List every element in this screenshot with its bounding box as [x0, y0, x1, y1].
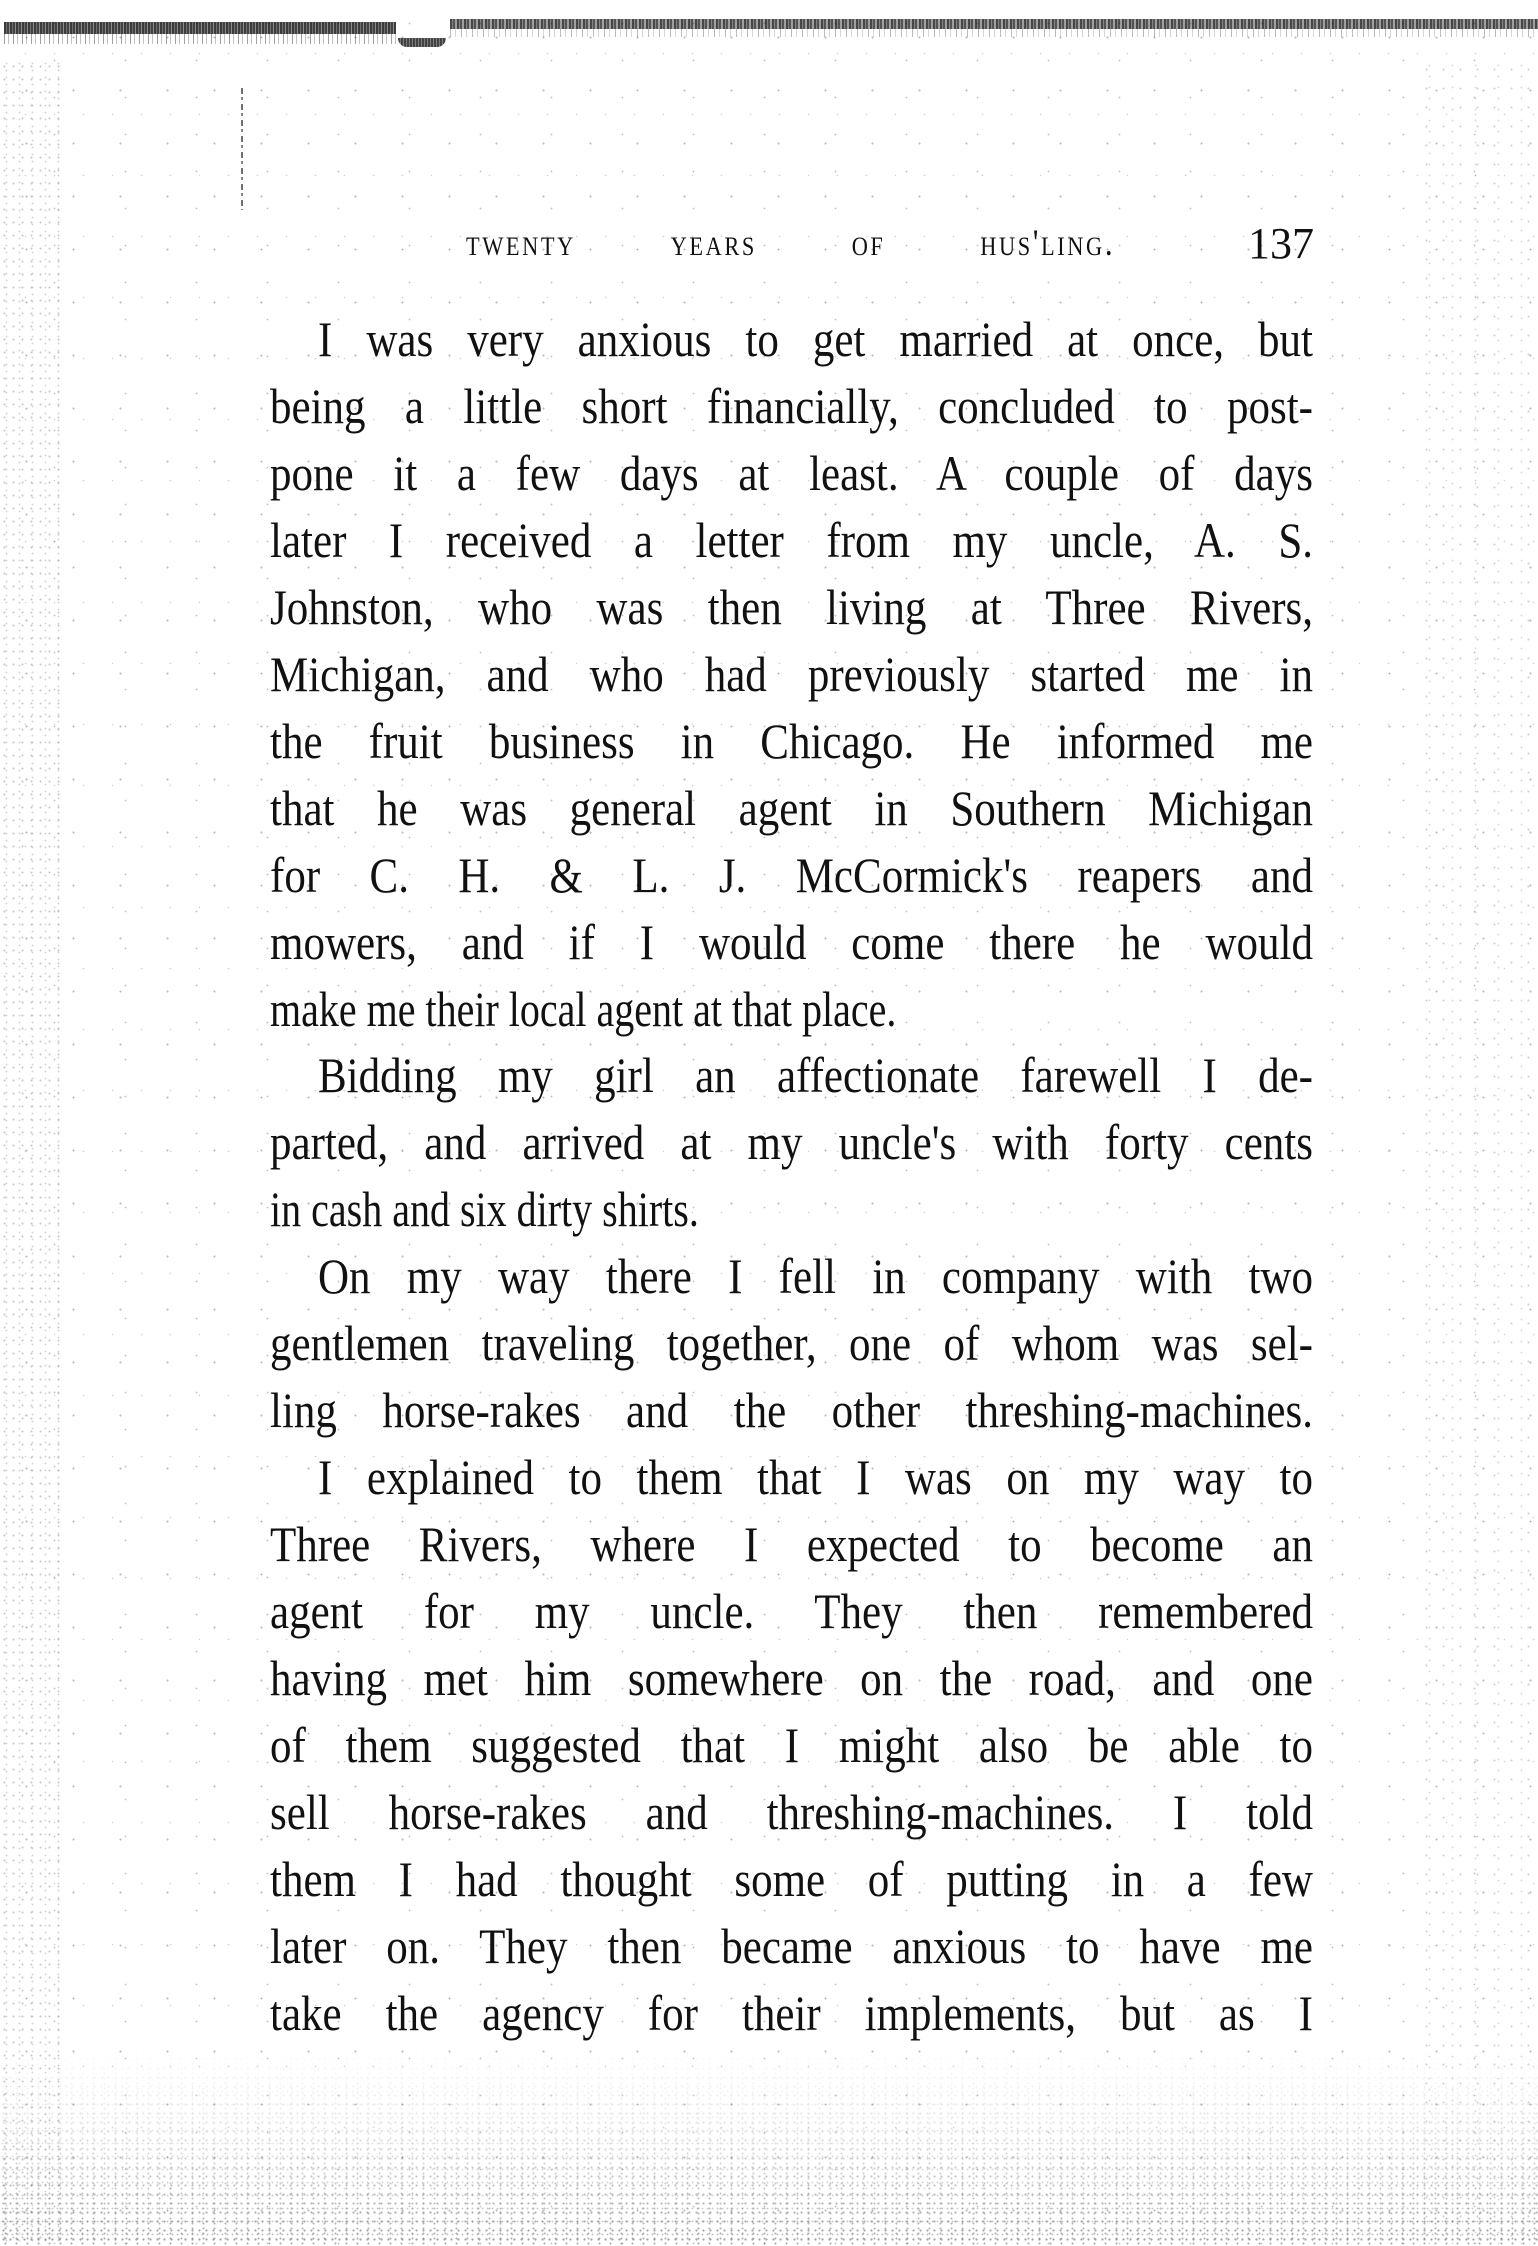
text-line: having met him somewhere on the road, an… — [270, 1648, 1483, 1708]
text-line: make me their local agent at that place. — [270, 979, 1053, 1039]
text-line: On my way there I fell in company with t… — [318, 1246, 1475, 1306]
scan-edge-noise-right — [1418, 60, 1538, 2246]
body-text: I was very anxious to get married at onc… — [0, 0, 1538, 2246]
text-line: for C. H. & L. J. McCormick's reapers an… — [270, 845, 1483, 905]
text-line: them I had thought some of putting in a … — [270, 1849, 1483, 1909]
text-line: sell horse-rakes and threshing-machines.… — [270, 1782, 1483, 1842]
text-line: Michigan, and who had previously started… — [270, 644, 1483, 704]
text-line: later on. They then became anxious to ha… — [270, 1916, 1483, 1976]
text-line: take the agency for their implements, bu… — [270, 1983, 1483, 2043]
text-line: ling horse-rakes and the other threshing… — [270, 1380, 1483, 1440]
text-line: agent for my uncle. They then remembered — [270, 1581, 1483, 1641]
text-line: mowers, and if I would come there he wou… — [270, 912, 1483, 972]
text-line: of them suggested that I might also be a… — [270, 1715, 1483, 1775]
text-line: the fruit business in Chicago. He inform… — [270, 711, 1483, 771]
scan-edge-noise-left — [0, 60, 60, 2246]
text-line: Bidding my girl an affectionate farewell… — [318, 1045, 1475, 1105]
text-line: parted, and arrived at my uncle's with f… — [270, 1112, 1483, 1172]
text-line: later I received a letter from my uncle,… — [270, 510, 1483, 570]
text-line: I explained to them that I was on my way… — [318, 1447, 1475, 1507]
text-line: Three Rivers, where I expected to become… — [270, 1514, 1483, 1574]
text-line: pone it a few days at least. A couple of… — [270, 443, 1483, 503]
scan-edge-noise-bottom — [0, 2046, 1538, 2246]
text-line: in cash and six dirty shirts. — [270, 1179, 806, 1239]
text-line: Johnston, who was then living at Three R… — [270, 577, 1483, 637]
text-line: that he was general agent in Southern Mi… — [270, 778, 1483, 838]
text-line: gentlemen traveling together, one of who… — [270, 1313, 1483, 1373]
text-line: I was very anxious to get married at onc… — [318, 309, 1475, 369]
text-line: being a little short financially, conclu… — [270, 376, 1483, 436]
scanned-book-page: TWENTY YEARS OF HUS'LING. 137 I was very… — [0, 0, 1538, 2246]
